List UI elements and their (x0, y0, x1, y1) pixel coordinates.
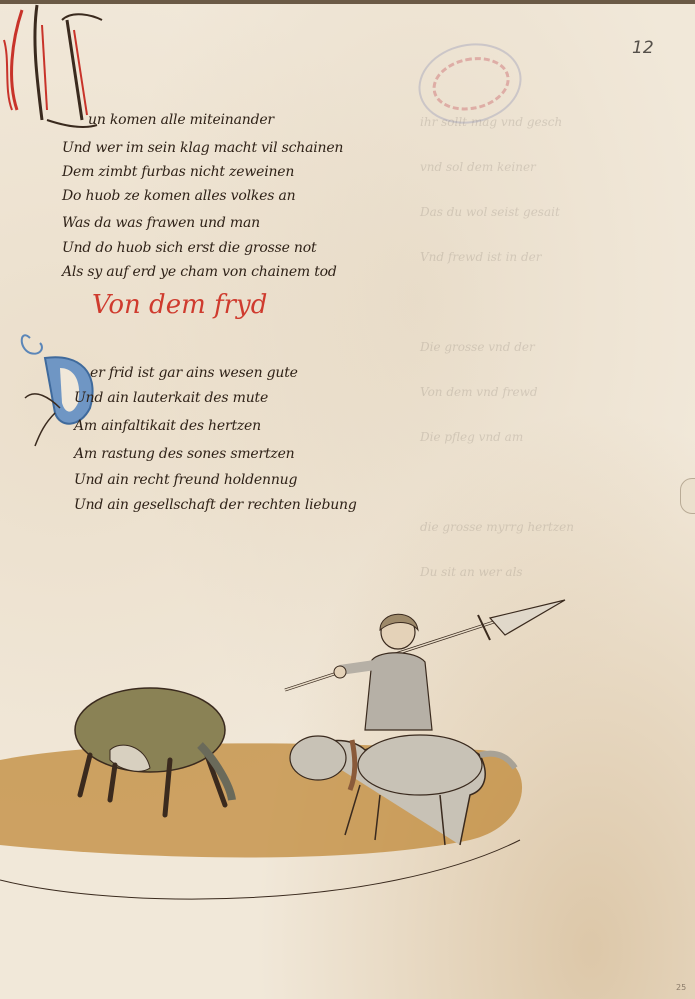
show-through-text: vnd sol dem keiner (420, 160, 536, 174)
text-line: Do huob ze komen alles volkes an (62, 188, 295, 204)
text-line: Und wer im sein klag macht vil schainen (62, 140, 343, 156)
text-line: Was da was frawen und man (62, 215, 260, 231)
illustration (0, 590, 600, 930)
text-line: Und ain gesellschaft der rechten liebung (74, 497, 357, 513)
folio-number: 12 (632, 38, 654, 58)
text-line: er frid ist gar ains wesen gute (90, 365, 298, 381)
show-through-text: Die pfleg vnd am (420, 430, 523, 444)
section-heading: Von dem fryd (92, 290, 267, 320)
manuscript-page: 12 25 ihr sollt mag vnd gesch vnd sol de… (0, 0, 695, 999)
text-line: Und ain lauterkait des mute (74, 390, 268, 406)
show-through-text: Die grosse vnd der (420, 340, 535, 354)
show-through-text: ihr sollt mag vnd gesch (420, 115, 562, 129)
text-line: Und do huob sich erst die grosse not (62, 240, 316, 256)
text-line: Dem zimbt furbas nicht zeweinen (62, 164, 294, 180)
text-line: Und ain recht freund holdennug (74, 472, 297, 488)
page-tab-notch (680, 478, 695, 514)
show-through-text: Du sit an wer als (420, 565, 523, 579)
show-through-text: Vnd frewd ist in der (420, 250, 541, 264)
show-through-text: Das du wol seist gesait (420, 205, 560, 219)
corner-number: 25 (676, 983, 686, 992)
text-line: un komen alle miteinander (88, 112, 274, 128)
text-line: Am ainfaltikait des hertzen (74, 418, 261, 434)
text-line: Am rastung des sones smertzen (74, 446, 295, 462)
show-through-text: die grosse myrrg hertzen (420, 520, 574, 534)
show-through-text: Von dem vnd frewd (420, 385, 538, 399)
text-line: Als sy auf erd ye cham von chainem tod (62, 264, 337, 280)
hunter-figure (334, 614, 432, 730)
